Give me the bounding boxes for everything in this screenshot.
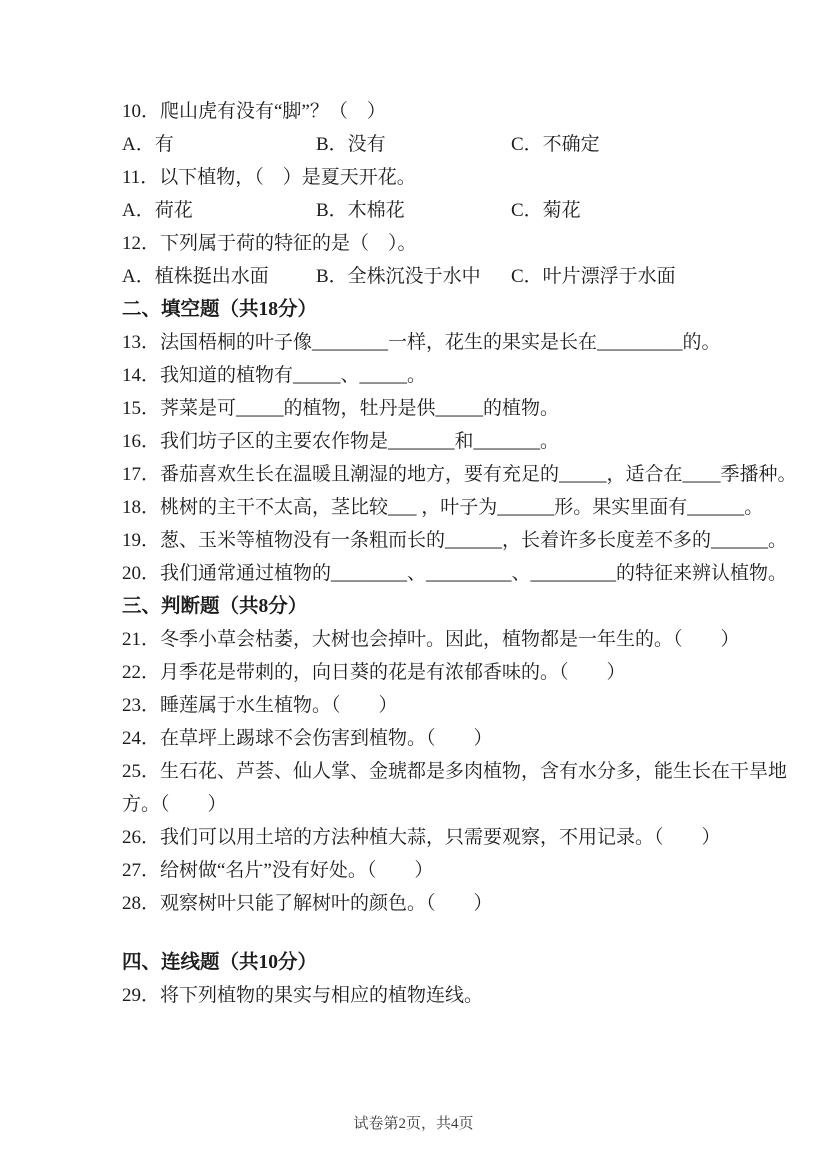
fill-q20: 20．我们通常通过植物的________、_________、_________… <box>122 557 762 590</box>
fill-q13: 13．法国梧桐的叶子像________一样，花生的果实是长在_________的… <box>122 326 762 359</box>
section-gap <box>122 920 762 946</box>
q10-options: A．有 B．没有 C．不确定 <box>122 128 762 161</box>
exam-content: 10．爬山虎有没有“脚”？（ ） A．有 B．没有 C．不确定 11．以下植物，… <box>122 95 762 1012</box>
judge-q25-line1: 25．生石花、芦荟、仙人掌、金琥都是多肉植物，含有水分多，能生长在干旱地 <box>122 755 762 788</box>
q10-option-c: C．不确定 <box>511 128 762 161</box>
q12-stem: 12．下列属于荷的特征的是（ ）。 <box>122 227 762 260</box>
exam-page: 10．爬山虎有没有“脚”？（ ） A．有 B．没有 C．不确定 11．以下植物，… <box>0 0 827 1169</box>
judge-q24: 24．在草坪上踢球不会伤害到植物。（ ） <box>122 722 762 755</box>
section-title-fill: 二、填空题（共18分） <box>122 293 762 326</box>
fill-q18: 18．桃树的主干不太高，茎比较___ ，叶子为______形。果实里面有____… <box>122 491 762 524</box>
q11-options: A．荷花 B．木棉花 C．菊花 <box>122 194 762 227</box>
q12-option-a: A．植株挺出水面 <box>122 260 316 293</box>
q12-option-b: B．全株沉没于水中 <box>316 260 511 293</box>
q10-stem: 10．爬山虎有没有“脚”？（ ） <box>122 95 762 128</box>
q11-option-a: A．荷花 <box>122 194 316 227</box>
page-footer: 试卷第2页，共4页 <box>0 1108 827 1141</box>
judge-q25-line2: 方。（ ） <box>122 788 762 821</box>
fill-q14: 14．我知道的植物有_____、_____。 <box>122 359 762 392</box>
fill-q15: 15．荠菜是可_____的植物，牡丹是供_____的植物。 <box>122 392 762 425</box>
match-q29: 29．将下列植物的果实与相应的植物连线。 <box>122 979 762 1012</box>
q11-stem: 11．以下植物，（ ）是夏天开花。 <box>122 161 762 194</box>
section-title-judge: 三、判断题（共8分） <box>122 590 762 623</box>
fill-q16: 16．我们坊子区的主要农作物是_______和_______。 <box>122 425 762 458</box>
q11-option-c: C．菊花 <box>511 194 762 227</box>
q12-options: A．植株挺出水面 B．全株沉没于水中 C．叶片漂浮于水面 <box>122 260 762 293</box>
judge-q27: 27．给树做“名片”没有好处。（ ） <box>122 854 762 887</box>
fill-q17: 17．番茄喜欢生长在温暖且潮湿的地方，要有充足的_____，适合在____季播种… <box>122 458 762 491</box>
q10-option-a: A．有 <box>122 128 316 161</box>
judge-q21: 21．冬季小草会枯萎，大树也会掉叶。因此，植物都是一年生的。（ ） <box>122 623 762 656</box>
q11-option-b: B．木棉花 <box>316 194 511 227</box>
judge-q22: 22．月季花是带刺的，向日葵的花是有浓郁香味的。（ ） <box>122 656 762 689</box>
judge-q26: 26．我们可以用土培的方法种植大蒜，只需要观察，不用记录。（ ） <box>122 821 762 854</box>
q10-option-b: B．没有 <box>316 128 511 161</box>
fill-q19: 19．葱、玉米等植物没有一条粗而长的______，长着许多长度差不多的_____… <box>122 524 762 557</box>
section-title-match: 四、连线题（共10分） <box>122 946 762 979</box>
q12-option-c: C．叶片漂浮于水面 <box>511 260 762 293</box>
judge-q23: 23．睡莲属于水生植物。（ ） <box>122 689 762 722</box>
judge-q28: 28．观察树叶只能了解树叶的颜色。（ ） <box>122 887 762 920</box>
